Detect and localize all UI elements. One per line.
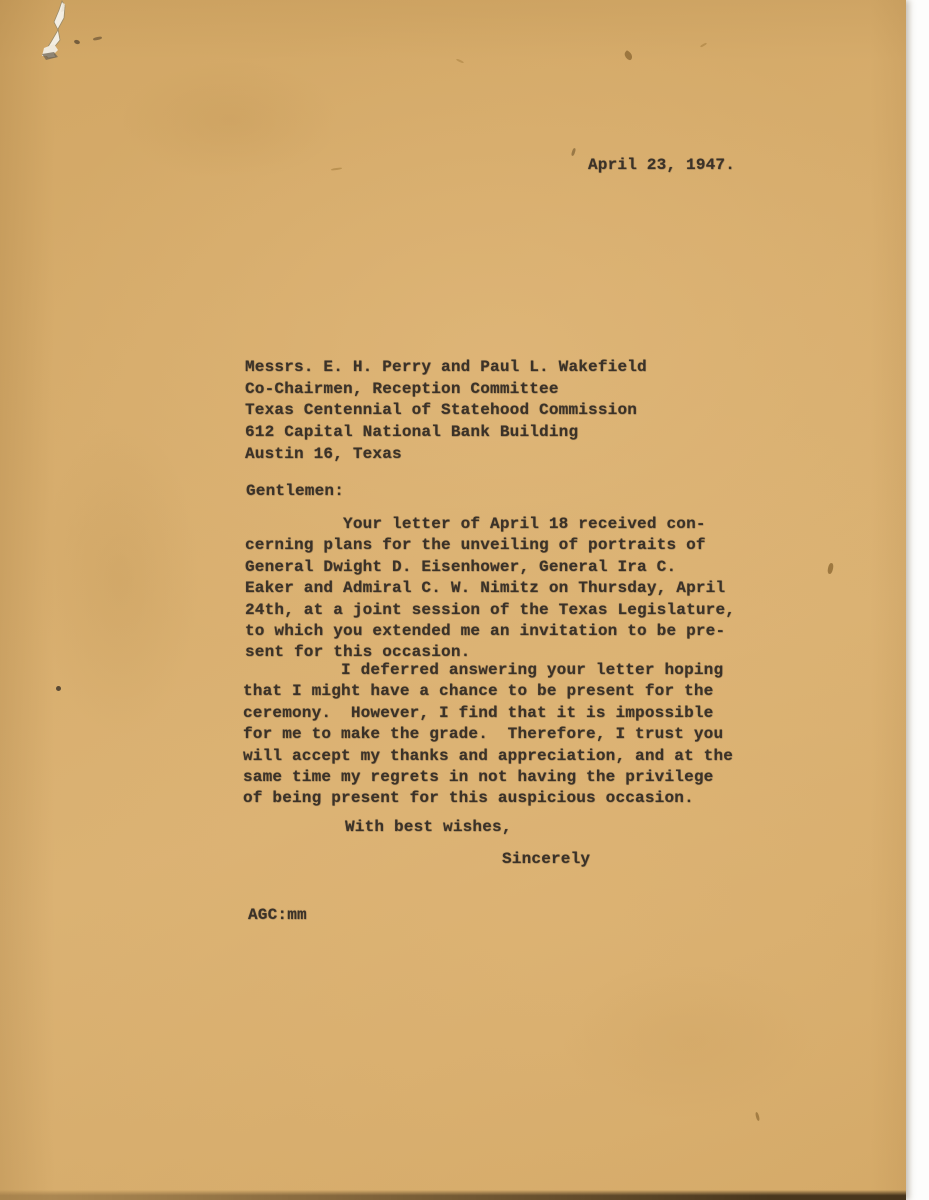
paper-speck [755, 1112, 760, 1121]
paper-stain [120, 60, 340, 180]
paper-speck [331, 167, 342, 171]
paper-tear-icon [18, 0, 114, 84]
paper-speck [700, 42, 707, 47]
body-paragraph-1: Your letter of April 18 received con- ce… [245, 514, 735, 664]
paper-speck [623, 50, 634, 61]
paper-speck [571, 148, 576, 157]
recipient-address-block: Messrs. E. H. Perry and Paul L. Wakefiel… [245, 357, 647, 466]
body-paragraph-2: I deferred answering your letter hoping … [243, 660, 733, 810]
paper-speck [56, 686, 61, 691]
paper-stain [560, 960, 820, 1120]
signoff-line: Sincerely [502, 849, 590, 870]
paper-stain [40, 420, 200, 740]
letter-paper: April 23, 1947. Messrs. E. H. Perry and … [0, 0, 906, 1200]
paper-speck [827, 563, 834, 575]
scan-background: April 23, 1947. Messrs. E. H. Perry and … [0, 0, 929, 1200]
letter-date: April 23, 1947. [588, 155, 735, 176]
scan-bottom-shadow [0, 1190, 906, 1200]
salutation: Gentlemen: [246, 481, 344, 502]
paper-speck [456, 58, 464, 63]
typist-initials: AGC:mm [248, 905, 307, 926]
closing-line: With best wishes, [345, 817, 512, 838]
